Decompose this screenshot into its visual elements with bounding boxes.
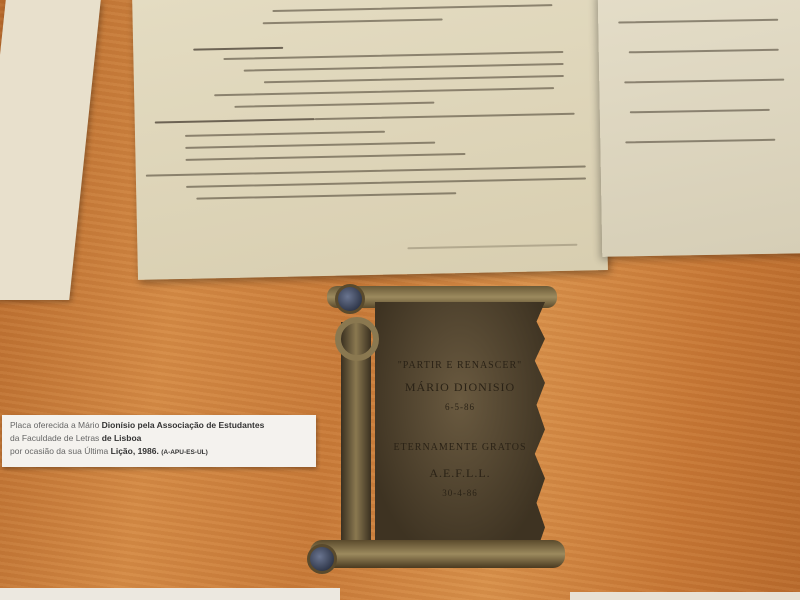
manuscript-page: [132, 0, 608, 280]
manuscript-page-right: [598, 0, 800, 257]
plaque-date: 6-5-86: [375, 402, 545, 412]
paper-edge: [0, 588, 340, 600]
archive-reference: (A-APU-ES-UL): [161, 449, 208, 456]
caption-text: Placa oferecida a Mário: [10, 420, 102, 430]
plaque-association: A.E.F.L.L.: [375, 466, 545, 481]
scroll-knob: [335, 284, 365, 314]
caption-text: Lição, 1986.: [111, 446, 159, 456]
plaque-motto: "PARTIR E RENASCER": [375, 360, 545, 371]
scroll-roll-bottom: [310, 540, 565, 568]
plaque-dedication: ETERNAMENTE GRATOS: [375, 442, 545, 453]
caption-text: de Lisboa: [102, 433, 142, 443]
scroll-ring: [335, 317, 379, 361]
bronze-plaque: "PARTIR E RENASCER" MÁRIO DIONISIO 6-5-8…: [305, 282, 565, 582]
exhibit-caption-label: Placa oferecida a Mário Dionísio pela As…: [2, 415, 316, 467]
caption-text: da Faculdade de Letras: [10, 433, 102, 443]
plaque-date: 30-4-86: [375, 488, 545, 498]
plaque-name: MÁRIO DIONISIO: [375, 380, 545, 395]
scroll-knob: [307, 544, 337, 574]
caption-text: por ocasião da sua Última: [10, 446, 111, 456]
paper-edge: [570, 592, 800, 600]
caption-text: Dionísio pela Associação de Estudantes: [102, 420, 265, 430]
plaque-sheet: "PARTIR E RENASCER" MÁRIO DIONISIO 6-5-8…: [375, 302, 545, 547]
